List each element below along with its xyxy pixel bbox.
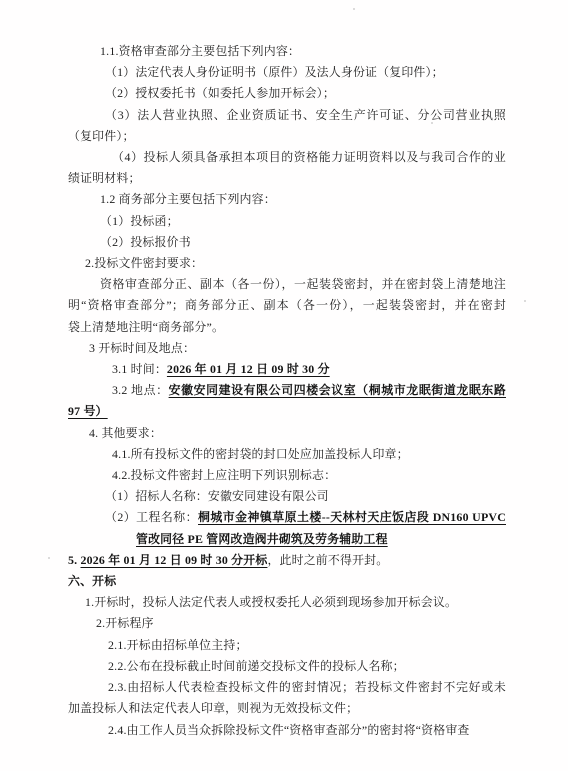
text-line: 4. 其他要求： — [68, 423, 506, 444]
text-line: （2）授权委托书（如委托人参加开标会）； — [68, 83, 506, 104]
text-segment: （1）法定代表人身份证明书（原件）及法人身份证（复印件）； — [105, 65, 444, 79]
text-line: 3 开标时间及地点： — [68, 338, 506, 359]
text-segment: （3）法人营业执照、企业资质证书、安全生产许可证、分公司营业执照 — [105, 108, 506, 122]
text-line: （1）投标函； — [68, 211, 506, 232]
text-segment: 1.开标时，投标人法定代表人或授权委托人必须到现场参加开标会议。 — [85, 595, 457, 609]
text-segment: 2.2.公布在投标截止时间前递交投标文件的投标人名称； — [108, 659, 405, 673]
text-line: 1.1.资格审查部分主要包括下列内容： — [68, 41, 506, 62]
text-segment: 4.2.投标文件密封上应注明下列识别标志： — [112, 468, 336, 482]
text-line: （1）法定代表人身份证明书（原件）及法人身份证（复印件）； — [68, 62, 506, 83]
text-segment: 5. — [68, 553, 81, 567]
text-segment: 3.1 时间： — [112, 362, 167, 376]
text-line: 2.3.由招标人代表检查投标文件的密封情况；若投标文件密封不完好或未 — [68, 677, 506, 698]
emphasized-text: 97 号） — [68, 404, 108, 418]
text-line: 97 号） — [68, 401, 506, 422]
text-line: 2.4.由工作人员当众拆除投标文件“资格审查部分”的密封将“资格审查 — [68, 720, 506, 741]
text-line: （3）法人营业执照、企业资质证书、安全生产许可证、分公司营业执照 — [68, 105, 506, 126]
text-line: 4.1.所有投标文件的密封袋的封口处应加盖投标人印章； — [68, 444, 506, 465]
text-line: （2）工程名称：桐城市金神镇草原土楼--天林村天庄饭店段 DN160 UPVC — [68, 507, 506, 528]
text-segment: 4.1.所有投标文件的密封袋的封口处应加盖投标人印章； — [112, 447, 409, 461]
emphasized-text: 2026 年 01 月 12 日 09 时 30 分开标 — [81, 553, 268, 567]
text-segment: 1.1.资格审查部分主要包括下列内容： — [100, 44, 300, 58]
text-segment: 袋上清楚地注明“商务部分”。 — [68, 320, 224, 334]
text-segment: 3.2 地点： — [112, 383, 169, 397]
text-segment: 2.投标文件密封要求： — [85, 256, 203, 270]
document-page: 1.1.资格审查部分主要包括下列内容：（1）法定代表人身份证明书（原件）及法人身… — [0, 0, 568, 771]
text-segment: （复印件）； — [68, 129, 135, 143]
text-line: （2）投标报价书 — [68, 232, 506, 253]
scan-speck — [431, 122, 433, 124]
document-body: 1.1.资格审查部分主要包括下列内容：（1）法定代表人身份证明书（原件）及法人身… — [68, 41, 506, 741]
emphasized-text: 安徽安同建设有限公司四楼会议室（桐城市龙眠街道龙眠东路 — [169, 383, 506, 397]
emphasized-text: 管改同径 PE 管网改造阀井砌筑及劳务辅助工程 — [136, 532, 388, 546]
text-line: 六、开标 — [68, 571, 506, 592]
scan-speck — [237, 686, 239, 688]
text-line: 绩证明材料； — [68, 168, 506, 189]
scan-speck — [353, 8, 355, 10]
text-segment: 资格审查部分正、副本（各一份），一起装袋密封，并在密封袋上清楚地注 — [100, 277, 506, 291]
text-line: （1）招标人名称：安徽安同建设有限公司 — [68, 486, 506, 507]
text-line: 1.开标时，投标人法定代表人或授权委托人必须到现场参加开标会议。 — [68, 592, 506, 613]
text-segment: 明“资格审查部分”；商务部分正、副本（各一份），一起装袋密封，并在密封 — [68, 298, 506, 312]
text-line: 加盖投标人和法定代表人印章，则视为无效投标文件； — [68, 698, 506, 719]
text-line: 2.投标文件密封要求： — [68, 253, 506, 274]
text-line: 3.2 地点：安徽安同建设有限公司四楼会议室（桐城市龙眠街道龙眠东路 — [68, 380, 506, 401]
text-segment: 绩证明材料； — [68, 171, 141, 185]
text-segment: 加盖投标人和法定代表人印章，则视为无效投标文件； — [68, 701, 358, 715]
emphasized-text: 桐城市金神镇草原土楼--天林村天庄饭店段 DN160 UPVC — [198, 510, 506, 524]
text-line: 袋上清楚地注明“商务部分”。 — [68, 317, 506, 338]
text-line: 4.2.投标文件密封上应注明下列识别标志： — [68, 465, 506, 486]
text-segment: （1）招标人名称：安徽安同建设有限公司 — [105, 489, 329, 503]
emphasized-text: 2026 年 01 月 12 日 09 时 30 分 — [167, 362, 330, 376]
text-line: （复印件）； — [68, 126, 506, 147]
text-segment: （4）投标人须具备承担本项目的资格能力证明资料以及与我司合作的业 — [112, 150, 506, 164]
text-line: 管改同径 PE 管网改造阀井砌筑及劳务辅助工程 — [68, 529, 506, 550]
scan-speck — [48, 557, 50, 559]
text-segment: 3 开标时间及地点： — [89, 341, 195, 355]
text-line: 1.2 商务部分主要包括下列内容： — [68, 189, 506, 210]
text-segment: （2）工程名称： — [105, 510, 198, 524]
text-segment: 2.3.由招标人代表检查投标文件的密封情况；若投标文件密封不完好或未 — [108, 680, 506, 694]
text-segment: 1.2 商务部分主要包括下列内容： — [100, 192, 276, 206]
text-segment: 2.1.开标由招标单位主持； — [108, 638, 248, 652]
text-line: （4）投标人须具备承担本项目的资格能力证明资料以及与我司合作的业 — [68, 147, 506, 168]
text-line: 资格审查部分正、副本（各一份），一起装袋密封，并在密封袋上清楚地注 — [68, 274, 506, 295]
text-line: 3.1 时间：2026 年 01 月 12 日 09 时 30 分 — [68, 359, 506, 380]
text-segment: （1）投标函； — [100, 214, 179, 228]
text-line: 明“资格审查部分”；商务部分正、副本（各一份），一起装袋密封，并在密封 — [68, 295, 506, 316]
text-segment: （2）授权委托书（如委托人参加开标会）； — [105, 86, 335, 100]
text-line: 2.开标程序 — [68, 613, 506, 634]
text-segment: （2）投标报价书 — [100, 235, 191, 249]
text-line: 2.2.公布在投标截止时间前递交投标文件的投标人名称； — [68, 656, 506, 677]
text-line: 2.1.开标由招标单位主持； — [68, 635, 506, 656]
scan-speck — [524, 300, 526, 302]
text-segment: 4. 其他要求： — [89, 426, 162, 440]
text-segment: ，此时之前不得开封。 — [267, 553, 388, 567]
text-segment: 2.4.由工作人员当众拆除投标文件“资格审查部分”的密封将“资格审查 — [108, 723, 470, 737]
text-segment: 2.开标程序 — [96, 616, 154, 630]
text-segment: 六、开标 — [68, 574, 116, 588]
text-line: 5. 2026 年 01 月 12 日 09 时 30 分开标，此时之前不得开封… — [68, 550, 506, 571]
